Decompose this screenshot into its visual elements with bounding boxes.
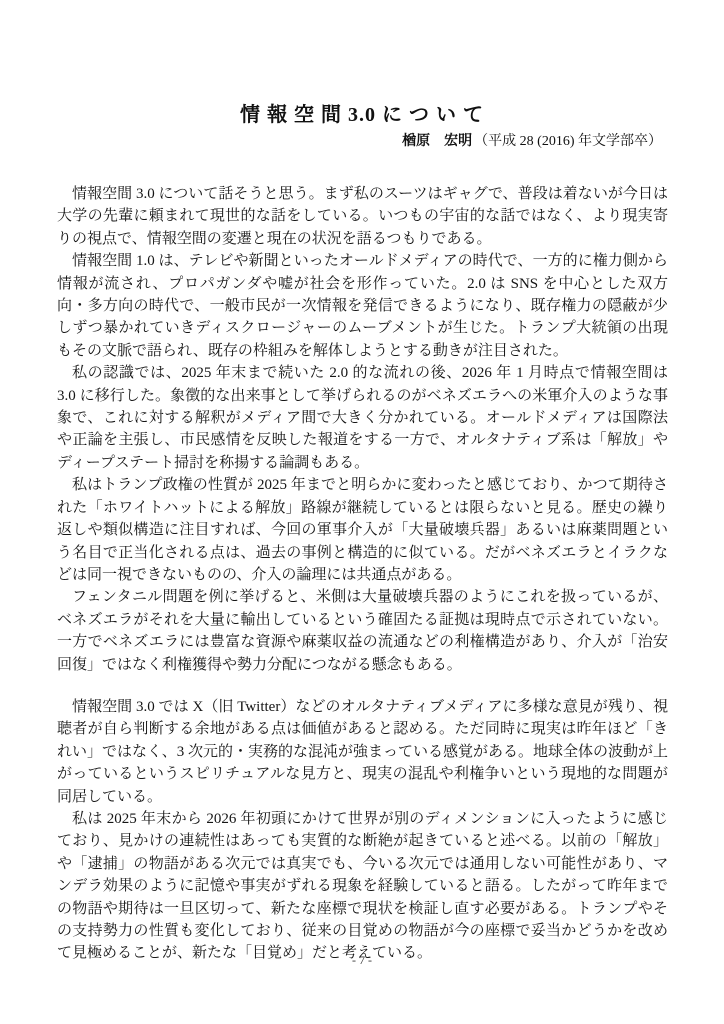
page-number: - 7 - [0, 953, 724, 968]
page-title: 情 報 空 間 3.0 に つ い て [0, 98, 724, 127]
document-page: 情 報 空 間 3.0 に つ い て 楢原 宏明（平成 28 (2016) 年… [0, 0, 724, 1024]
paragraph-trump-admin: 私はトランプ政権の性質が 2025 年までと明らかに変わったと感じており、かつて… [57, 474, 668, 586]
paragraph-intro: 情報空間 3.0 について話そうと思う。まず私のスーツはギャグで、普段は着ないが… [57, 183, 668, 250]
paragraph-info-space-3-0: 情報空間 3.0 では X（旧 Twitter）などのオルタナティブメディアに多… [57, 696, 668, 808]
paragraph-fentanyl: フェンタニル問題を例に挙げると、米側は大量破壊兵器のようにこれを扱っているが、ベ… [57, 586, 668, 676]
author-note: （平成 28 (2016) 年文学部卒） [474, 134, 662, 149]
author-name: 楢原 宏明 [402, 134, 472, 149]
paragraph-info-space-1-2: 情報空間 1.0 は、テレビや新聞といったオールドメディアの時代で、一方的に権力… [57, 250, 668, 362]
byline: 楢原 宏明（平成 28 (2016) 年文学部卒） [0, 130, 724, 150]
document-body: 情報空間 3.0 について話そうと思う。まず私のスーツはギャグで、普段は着ないが… [57, 183, 668, 965]
paragraph-shift-to-3-0: 私の認識では、2025 年末まで続いた 2.0 的な流れの後、2026 年 1 … [57, 362, 668, 474]
paragraph-dimension-shift: 私は 2025 年末から 2026 年初頭にかけて世界が別のディメンションに入っ… [57, 808, 668, 965]
